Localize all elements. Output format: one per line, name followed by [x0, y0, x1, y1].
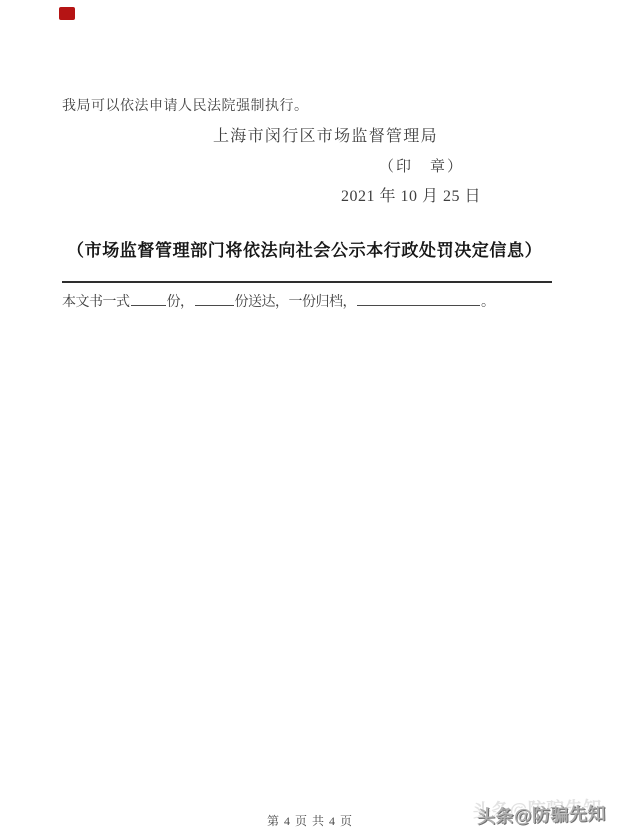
- issuing-authority: 上海市闵行区市场监督管理局: [213, 123, 438, 146]
- decision-date: 2021 年 10 月 25 日: [341, 183, 481, 206]
- document-page: 我局可以依法申请人民法院强制执行。 上海市闵行区市场监督管理局 （印 章） 20…: [0, 0, 620, 840]
- seal-placeholder: （印 章）: [379, 155, 464, 176]
- divider-line: [62, 281, 552, 283]
- copies-note-seg1: 本文书一式: [62, 295, 130, 310]
- red-marker: [59, 7, 75, 20]
- watermark-text: 头条@防骗先知: [477, 799, 607, 828]
- copies-note: 本文书一式份，份送达，一份归档，。: [62, 291, 495, 311]
- enforcement-closing-line: 我局可以依法申请人民法院强制执行。: [62, 95, 309, 115]
- toutiao-watermark: 头条@防骗先知 头条@防骗先知: [477, 799, 618, 837]
- blank-field-other: [357, 292, 480, 306]
- blank-field-copies: [131, 292, 166, 306]
- copies-note-seg3: 份送达，一份归档，: [235, 295, 357, 310]
- copies-note-seg2: 份，: [167, 295, 194, 310]
- publicity-notice: （市场监督管理部门将依法向社会公示本行政处罚决定信息）: [67, 236, 542, 261]
- blank-field-delivered: [195, 292, 234, 306]
- copies-note-seg4: 。: [481, 295, 495, 310]
